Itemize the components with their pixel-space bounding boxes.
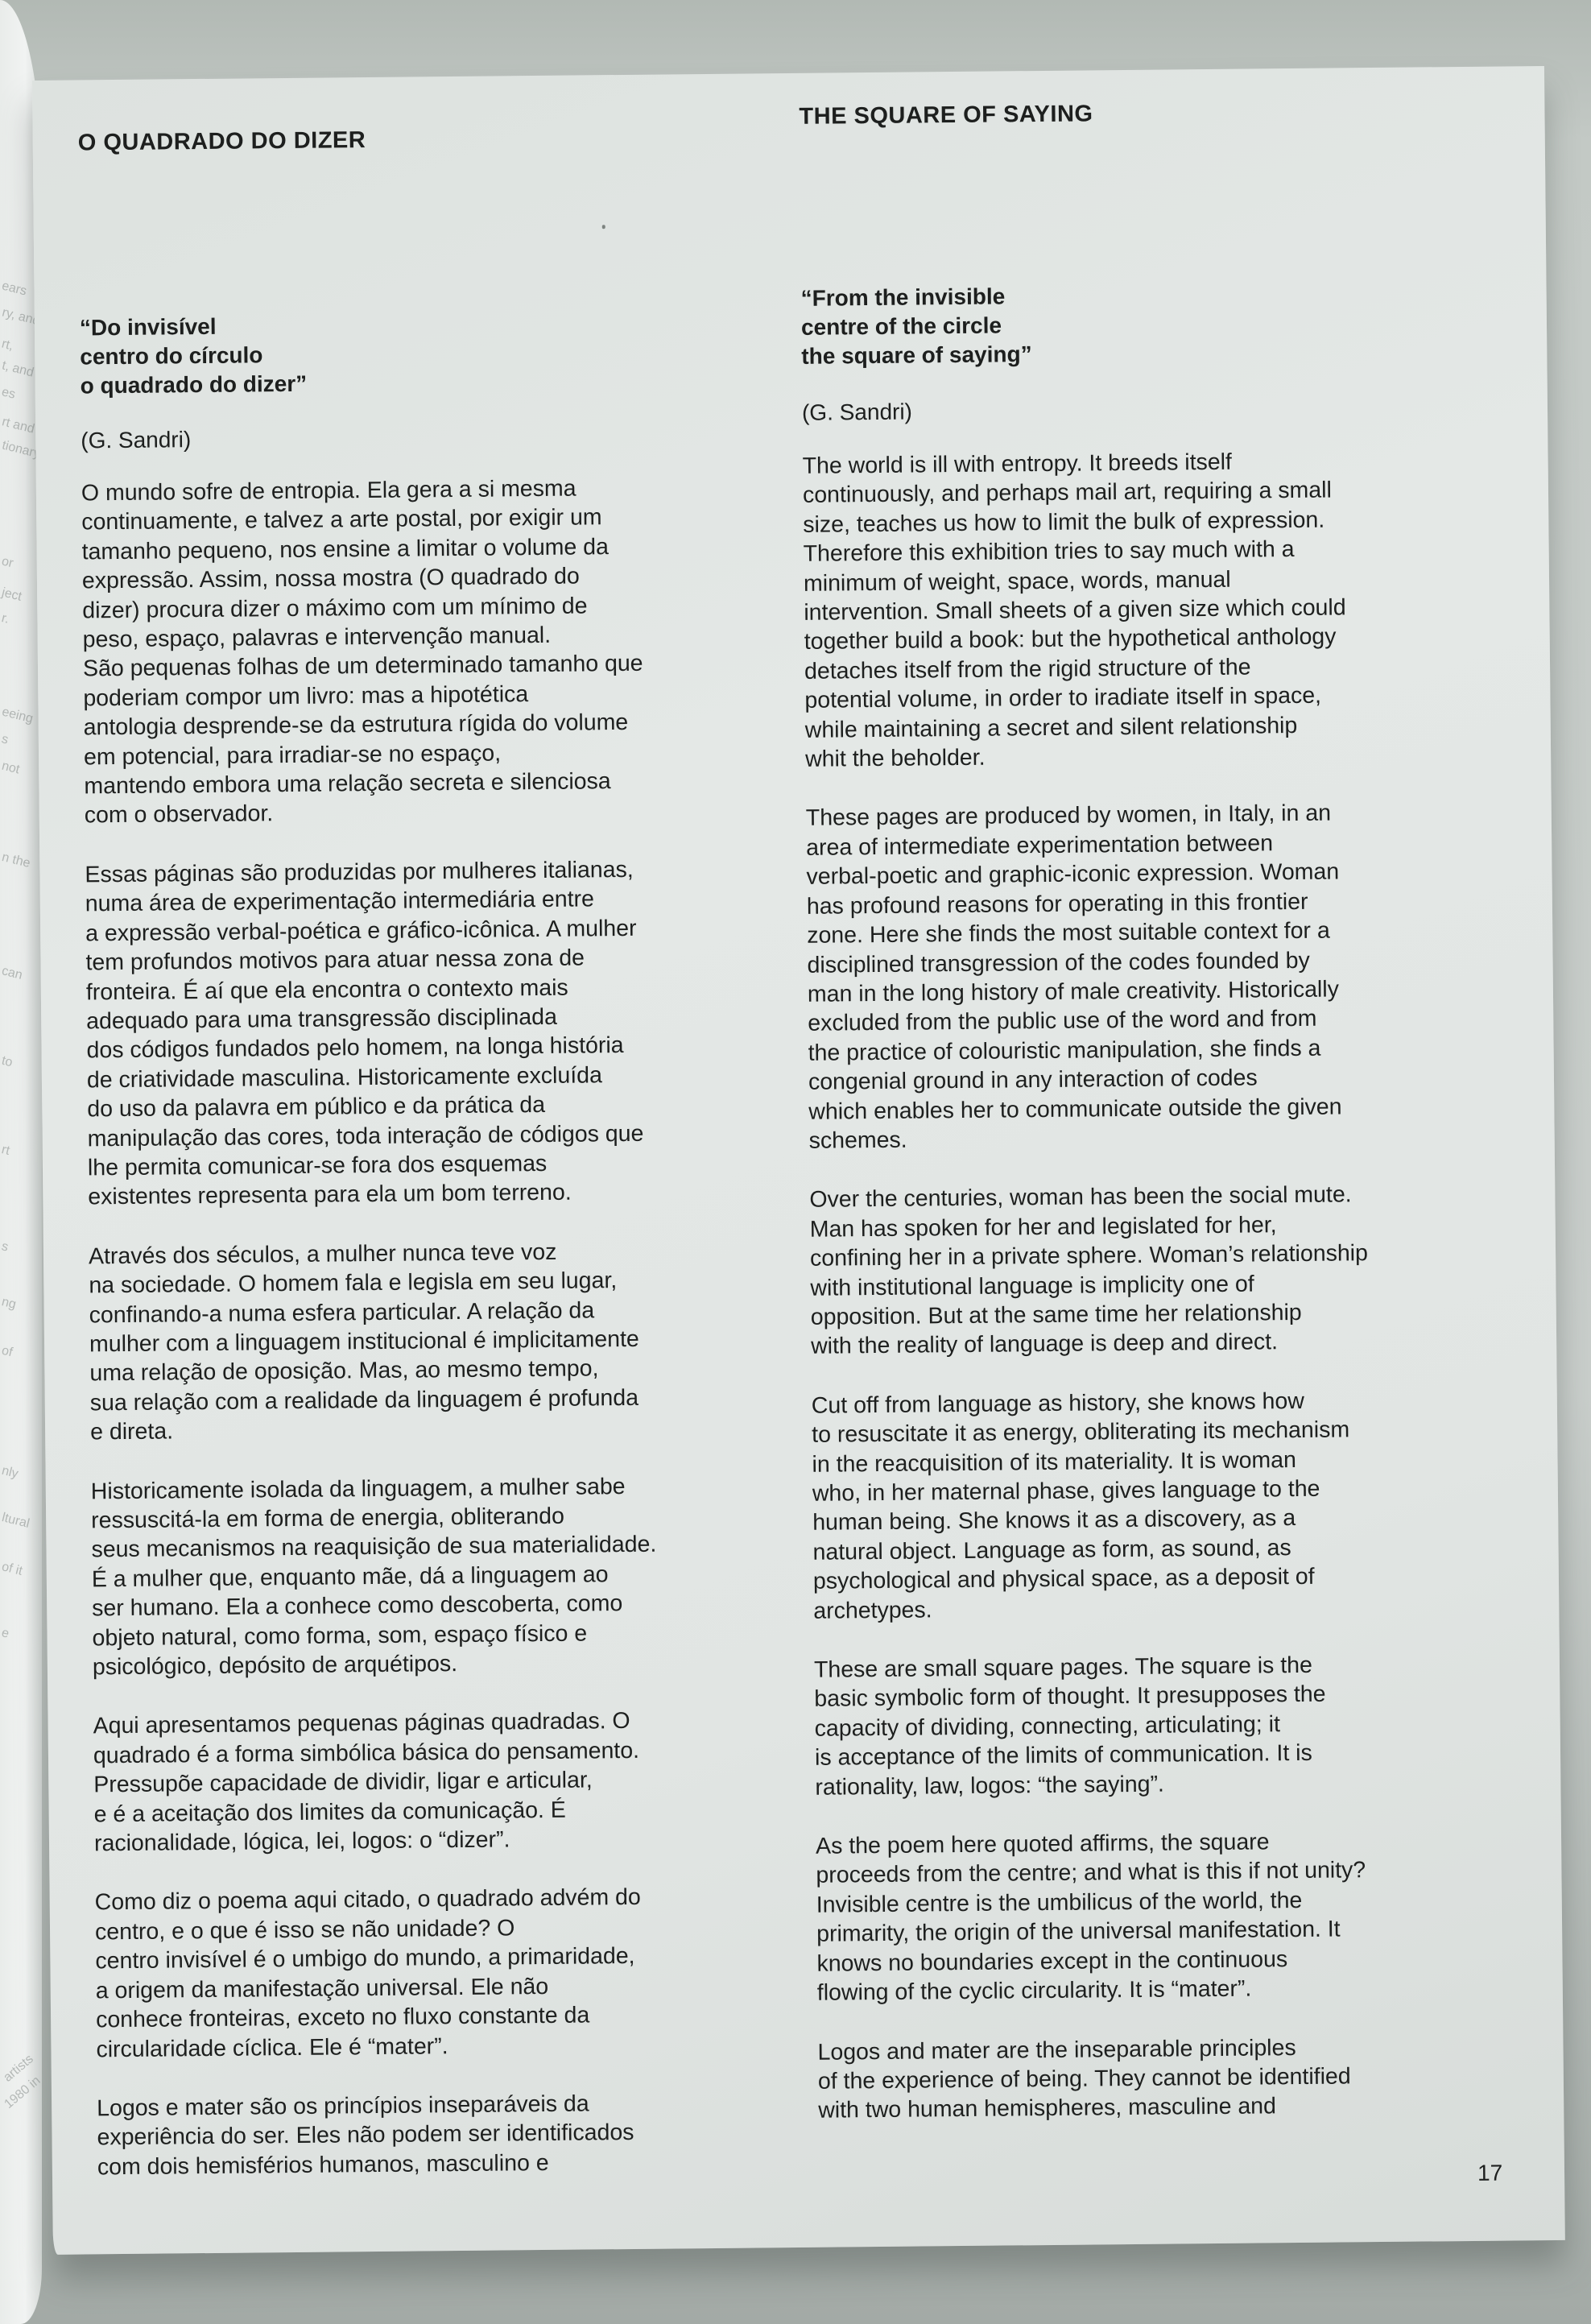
prev-page-fragment: rt and (0, 415, 35, 436)
paragraph: Cut off from language as history, she kn… (812, 1386, 1372, 1626)
prev-page-fragment: s (0, 1239, 10, 1255)
prev-page-fragment: e (0, 1626, 10, 1642)
book-page: O QUADRADO DO DIZER “Do invisível centro… (32, 66, 1565, 2255)
epigraph-portuguese: “Do invisível centro do círculo o quadra… (80, 312, 308, 401)
paragraph: The world is ill with entropy. It breeds… (802, 446, 1363, 774)
prev-page-fragment: rt, (0, 337, 14, 354)
body-english: The world is ill with entropy. It breeds… (802, 446, 1376, 2155)
prev-page-fragment: can (0, 964, 23, 983)
prev-page-fragment: s (0, 732, 10, 747)
prev-page-fragment: t, and (0, 358, 35, 380)
paragraph: Logos and mater are the inseparable prin… (817, 2032, 1376, 2126)
paragraph: These pages are produced by women, in It… (806, 799, 1367, 1156)
body-portuguese: O mundo sofre de entropia. Ela gera a si… (81, 473, 663, 2212)
attribution-portuguese: (G. Sandri) (81, 427, 191, 453)
heading-english: THE SQUARE OF SAYING (799, 101, 1093, 130)
prev-page-fragment: nly (0, 1464, 19, 1482)
prev-page-fragment: r. (0, 611, 10, 627)
dust-speck (602, 225, 605, 229)
paragraph: Essas páginas são produzidas por mulhere… (85, 855, 653, 1213)
paragraph: Historicamente isolada da linguagem, a m… (91, 1471, 658, 1682)
prev-page-fragment: n the (0, 850, 31, 871)
paragraph: Aqui apresentamos pequenas páginas quadr… (93, 1706, 659, 1859)
prev-page-fragment: eeing (0, 705, 34, 727)
paragraph: O mundo sofre de entropia. Ela gera a si… (81, 473, 650, 831)
attribution-english: (G. Sandri) (802, 399, 912, 426)
prev-page-fragment: ject (0, 585, 23, 604)
paragraph: As the poem here quoted affirms, the squ… (816, 1826, 1375, 2008)
paragraph: These are small square pages. The square… (814, 1650, 1374, 1802)
prev-page-fragment: rt (0, 1143, 11, 1159)
prev-page-fragment: of it (0, 1560, 23, 1579)
paragraph: Over the centuries, woman has been the s… (809, 1180, 1369, 1361)
prev-page-fragment: ng (0, 1295, 18, 1313)
paragraph: Através dos séculos, a mulher nunca teve… (89, 1236, 655, 1447)
paragraph: Logos e mater são os princípios insepará… (97, 2089, 663, 2182)
prev-page-fragment: ltural (0, 1511, 31, 1532)
prev-page-fragment: of (0, 1344, 14, 1361)
paragraph: Como diz o poema aqui citado, o quadrado… (95, 1883, 662, 2064)
epigraph-english: “From the invisible centre of the circle… (800, 282, 1031, 371)
prev-page-fragment: ears (0, 279, 28, 300)
prev-page-fragment: es (0, 385, 17, 403)
prev-page-fragment: not (0, 759, 21, 778)
prev-page-fragment: to (0, 1054, 14, 1071)
heading-portuguese: O QUADRADO DO DIZER (78, 127, 366, 156)
page-number: 17 (1477, 2161, 1502, 2186)
prev-page-fragment: or (0, 555, 14, 572)
